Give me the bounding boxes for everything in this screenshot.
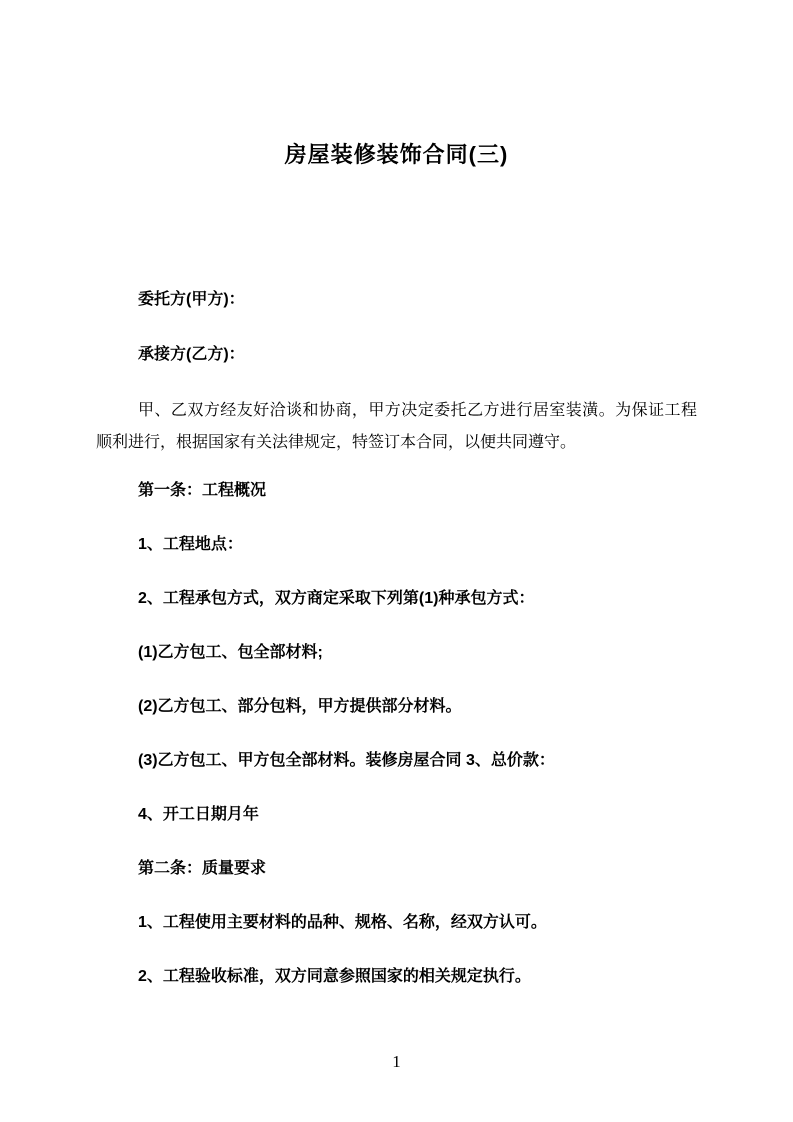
article-1-item-option-2: (2)乙方包工、部分包料，甲方提供部分材料。 bbox=[96, 696, 697, 718]
article-1-item-option-1: (1)乙方包工、包全部材料; bbox=[96, 642, 697, 664]
article-1-heading: 第一条：工程概况 bbox=[96, 480, 697, 502]
article-2-item-materials: 1、工程使用主要材料的品种、规格、名称，经双方认可。 bbox=[96, 912, 697, 934]
article-2-heading: 第二条：质量要求 bbox=[96, 858, 697, 880]
article-2-item-acceptance-standard: 2、工程验收标准，双方同意参照国家的相关规定执行。 bbox=[96, 966, 697, 988]
article-1-item-option-3-total-price: (3)乙方包工、甲方包全部材料。装修房屋合同 3、总价款： bbox=[96, 750, 697, 772]
party-a-label: 委托方(甲方)： bbox=[96, 289, 697, 311]
article-1-item-start-date: 4、开工日期月年 bbox=[96, 804, 697, 826]
intro-paragraph: 甲、乙双方经友好洽谈和协商，甲方决定委托乙方进行居室装潢。为保证工程顺利进行，根… bbox=[96, 395, 697, 459]
party-b-label: 承接方(乙方)： bbox=[96, 344, 697, 366]
article-1-item-contract-method: 2、工程承包方式，双方商定采取下列第(1)种承包方式： bbox=[96, 588, 697, 610]
article-1-item-project-location: 1、工程地点： bbox=[96, 534, 697, 556]
contract-document-page: 房屋装修装饰合同(三) 委托方(甲方)： 承接方(乙方)： 甲、乙双方经友好洽谈… bbox=[0, 0, 793, 1122]
page-number: 1 bbox=[0, 1052, 793, 1072]
document-title: 房屋装修装饰合同(三) bbox=[0, 140, 793, 170]
